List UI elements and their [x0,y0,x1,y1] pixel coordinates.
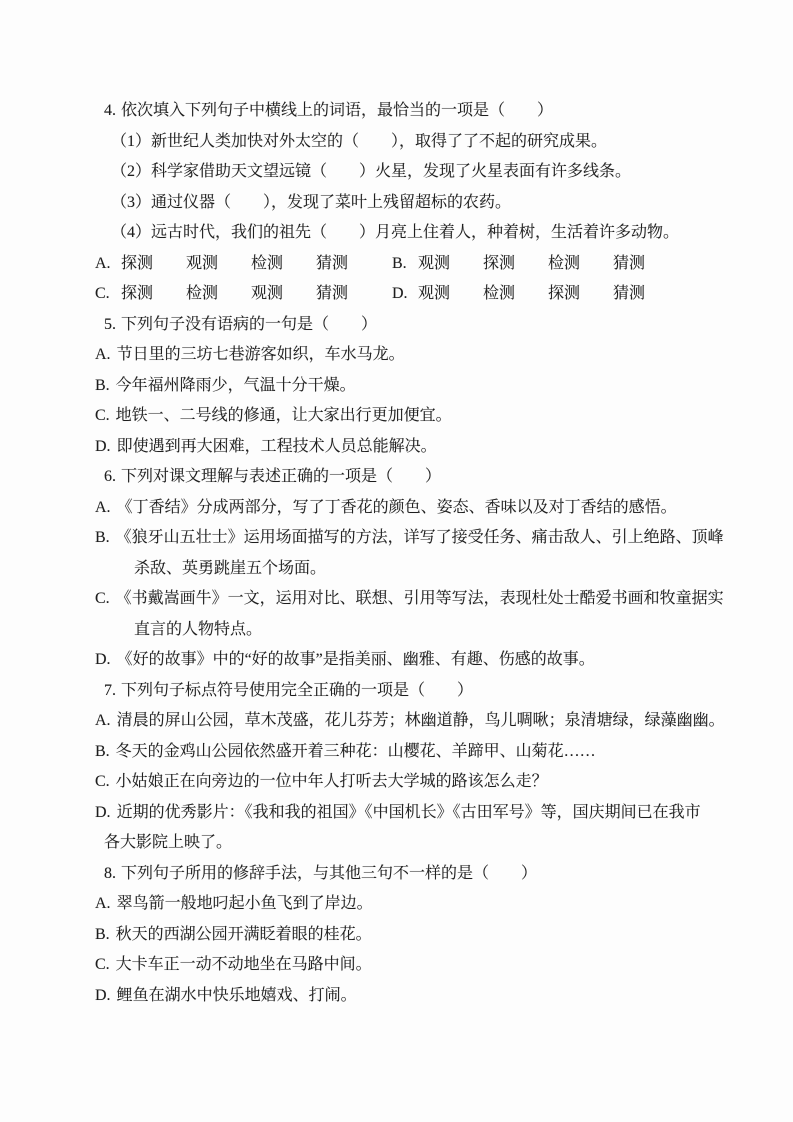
option-word: 探测 [121,249,186,280]
question-4-stem: 4.依次填入下列句子中横线上的词语，最恰当的一项是（ ） [0,96,793,127]
option-text: 近期的优秀影片：《我和我的祖国》《中国机长》《古田军号》等，国庆期间已在我市 [117,804,701,821]
option-word: 探测 [121,279,186,310]
question-7-option-b: B.冬天的金鸡山公园依然盛开着三种花：山樱花、羊蹄甲、山菊花…… [0,737,793,768]
question-6-option-b: B.《狼牙山五壮士》运用场面描写的方法，详写了接受任务、痛击敌人、引上绝路、顶峰 [0,523,793,554]
option-text: 《好的故事》中的“好的故事”是指美丽、幽雅、有趣、伤感的故事。 [117,651,595,668]
option-text: 节日里的三坊七巷游客如织，车水马龙。 [117,346,405,363]
question-4-subitem-1: （1）新世纪人类加快对外太空的（ ），取得了了不起的研究成果。 [0,127,793,158]
question-5-option-d: D.即使遇到再大困难，工程技术人员总能解决。 [0,432,793,463]
option-label: D. [95,804,111,821]
question-4-options-row-2: C.探测检测观测猜测D.观测检测探测猜测 [0,279,793,310]
question-6-text: 下列对课文理解与表述正确的一项是（ ） [121,468,441,485]
option-word: 探测 [483,249,548,280]
option-label: D. [95,651,111,668]
question-8-stem: 8.下列句子所用的修辞手法，与其他三句不一样的是（ ） [0,859,793,890]
option-text: 地铁一、二号线的修通，让大家出行更加便宜。 [116,407,452,424]
option-word: 观测 [418,249,483,280]
question-5-stem: 5.下列句子没有语病的一句是（ ） [0,310,793,341]
option-label: D. [392,279,418,310]
question-5-text: 下列句子没有语病的一句是（ ） [121,316,377,333]
question-7-option-c: C.小姑娘正在向旁边的一位中年人打听去大学城的路该怎么走？ [0,767,793,798]
option-label: B. [95,743,110,760]
question-4-option-a: A.探测观测检测猜测 [95,249,392,280]
option-label: B. [392,249,418,280]
option-text: 即使遇到再大困难，工程技术人员总能解决。 [117,438,437,455]
question-8-option-d: D.鲤鱼在湖水中快乐地嬉戏、打闹。 [0,981,793,1012]
option-text: 冬天的金鸡山公园依然盛开着三种花：山樱花、羊蹄甲、山菊花…… [116,743,596,760]
option-word: 检测 [548,249,613,280]
question-7-text: 下列句子标点符号使用完全正确的一项是（ ） [121,682,473,699]
question-7-option-d: D.近期的优秀影片：《我和我的祖国》《中国机长》《古田军号》等，国庆期间已在我市 [0,798,793,829]
question-8-number: 8. [104,865,116,882]
question-4-subitem-4: （4）远古时代，我们的祖先（ ）月亮上住着人，种着树，生活着许多动物。 [0,218,793,249]
option-text: 《书戴嵩画牛》一文，运用对比、联想、引用等写法，表现杜处士酷爱书画和牧童据实 [116,590,724,607]
question-4-text: 依次填入下列句子中横线上的词语，最恰当的一项是（ ） [121,102,553,119]
option-word: 猜测 [613,279,678,310]
option-label: D. [95,438,111,455]
question-5-option-a: A.节日里的三坊七巷游客如织，车水马龙。 [0,340,793,371]
question-8-option-b: B.秋天的西湖公园开满眨着眼的桂花。 [0,920,793,951]
option-text: 今年福州降雨少，气温十分干燥。 [116,377,356,394]
question-4-option-c: C.探测检测观测猜测 [95,279,392,310]
option-text: 《丁香结》分成两部分，写了丁香花的颜色、姿态、香味以及对丁香结的感悟。 [117,499,677,516]
option-word: 检测 [483,279,548,310]
question-7-number: 7. [104,682,116,699]
question-4-subitem-3: （3）通过仪器（ ），发现了菜叶上残留超标的农药。 [0,188,793,219]
option-word: 观测 [186,249,251,280]
option-word: 检测 [251,249,316,280]
option-word: 检测 [186,279,251,310]
option-label: B. [95,529,110,546]
question-6-option-d: D.《好的故事》中的“好的故事”是指美丽、幽雅、有趣、伤感的故事。 [0,645,793,676]
exam-page: 4.依次填入下列句子中横线上的词语，最恰当的一项是（ ） （1）新世纪人类加快对… [0,0,793,1122]
question-4-option-d: D.观测检测探测猜测 [392,279,689,310]
option-word: 观测 [418,279,483,310]
question-7-option-a: A.清晨的屏山公园，草木茂盛，花儿芬芳；林幽道静，鸟儿啁啾；泉清塘绿，绿藻幽幽。 [0,706,793,737]
option-word: 猜测 [613,249,678,280]
question-5-option-c: C.地铁一、二号线的修通，让大家出行更加便宜。 [0,401,793,432]
option-text: 大卡车正一动不动地坐在马路中间。 [116,956,372,973]
option-word: 猜测 [316,249,381,280]
question-4-options-row-1: A.探测观测检测猜测B.观测探测检测猜测 [0,249,793,280]
option-label: A. [95,712,111,729]
option-label: C. [95,279,121,310]
question-4-subitem-2: （2）科学家借助天文望远镜（ ）火星，发现了火星表面有许多线条。 [0,157,793,188]
option-label: C. [95,590,110,607]
option-text: 清晨的屏山公园，草木茂盛，花儿芬芳；林幽道静，鸟儿啁啾；泉清塘绿，绿藻幽幽。 [117,712,725,729]
option-label: B. [95,926,110,943]
option-label: C. [95,956,110,973]
question-6-option-b-continuation: 杀敌、英勇跳崖五个场面。 [0,554,793,585]
question-6-stem: 6.下列对课文理解与表述正确的一项是（ ） [0,462,793,493]
option-word: 观测 [251,279,316,310]
option-label: C. [95,407,110,424]
question-7-stem: 7.下列句子标点符号使用完全正确的一项是（ ） [0,676,793,707]
question-6-number: 6. [104,468,116,485]
question-4-number: 4. [104,102,116,119]
question-6-option-a: A.《丁香结》分成两部分，写了丁香花的颜色、姿态、香味以及对丁香结的感悟。 [0,493,793,524]
option-text: 小姑娘正在向旁边的一位中年人打听去大学城的路该怎么走？ [116,773,548,790]
option-label: B. [95,377,110,394]
option-text: 《狼牙山五壮士》运用场面描写的方法，详写了接受任务、痛击敌人、引上绝路、顶峰 [116,529,724,546]
question-8-option-c: C.大卡车正一动不动地坐在马路中间。 [0,950,793,981]
question-8-option-a: A.翠鸟箭一般地叼起小鱼飞到了岸边。 [0,889,793,920]
option-word: 猜测 [316,279,381,310]
question-8-text: 下列句子所用的修辞手法，与其他三句不一样的是（ ） [121,865,537,882]
question-7-option-d-continuation: 各大影院上映了。 [0,828,793,859]
option-text: 秋天的西湖公园开满眨着眼的桂花。 [116,926,372,943]
option-word: 探测 [548,279,613,310]
option-label: A. [95,499,111,516]
option-label: A. [95,346,111,363]
option-label: D. [95,987,111,1004]
question-6-option-c-continuation: 直言的人物特点。 [0,615,793,646]
option-label: A. [95,249,121,280]
question-list: 4.依次填入下列句子中横线上的词语，最恰当的一项是（ ） （1）新世纪人类加快对… [0,96,793,1011]
option-text: 鲤鱼在湖水中快乐地嬉戏、打闹。 [117,987,357,1004]
option-label: C. [95,773,110,790]
question-5-number: 5. [104,316,116,333]
question-6-option-c: C.《书戴嵩画牛》一文，运用对比、联想、引用等写法，表现杜处士酷爱书画和牧童据实 [0,584,793,615]
option-text: 翠鸟箭一般地叼起小鱼飞到了岸边。 [117,895,373,912]
option-label: A. [95,895,111,912]
question-5-option-b: B.今年福州降雨少，气温十分干燥。 [0,371,793,402]
question-4-option-b: B.观测探测检测猜测 [392,249,689,280]
